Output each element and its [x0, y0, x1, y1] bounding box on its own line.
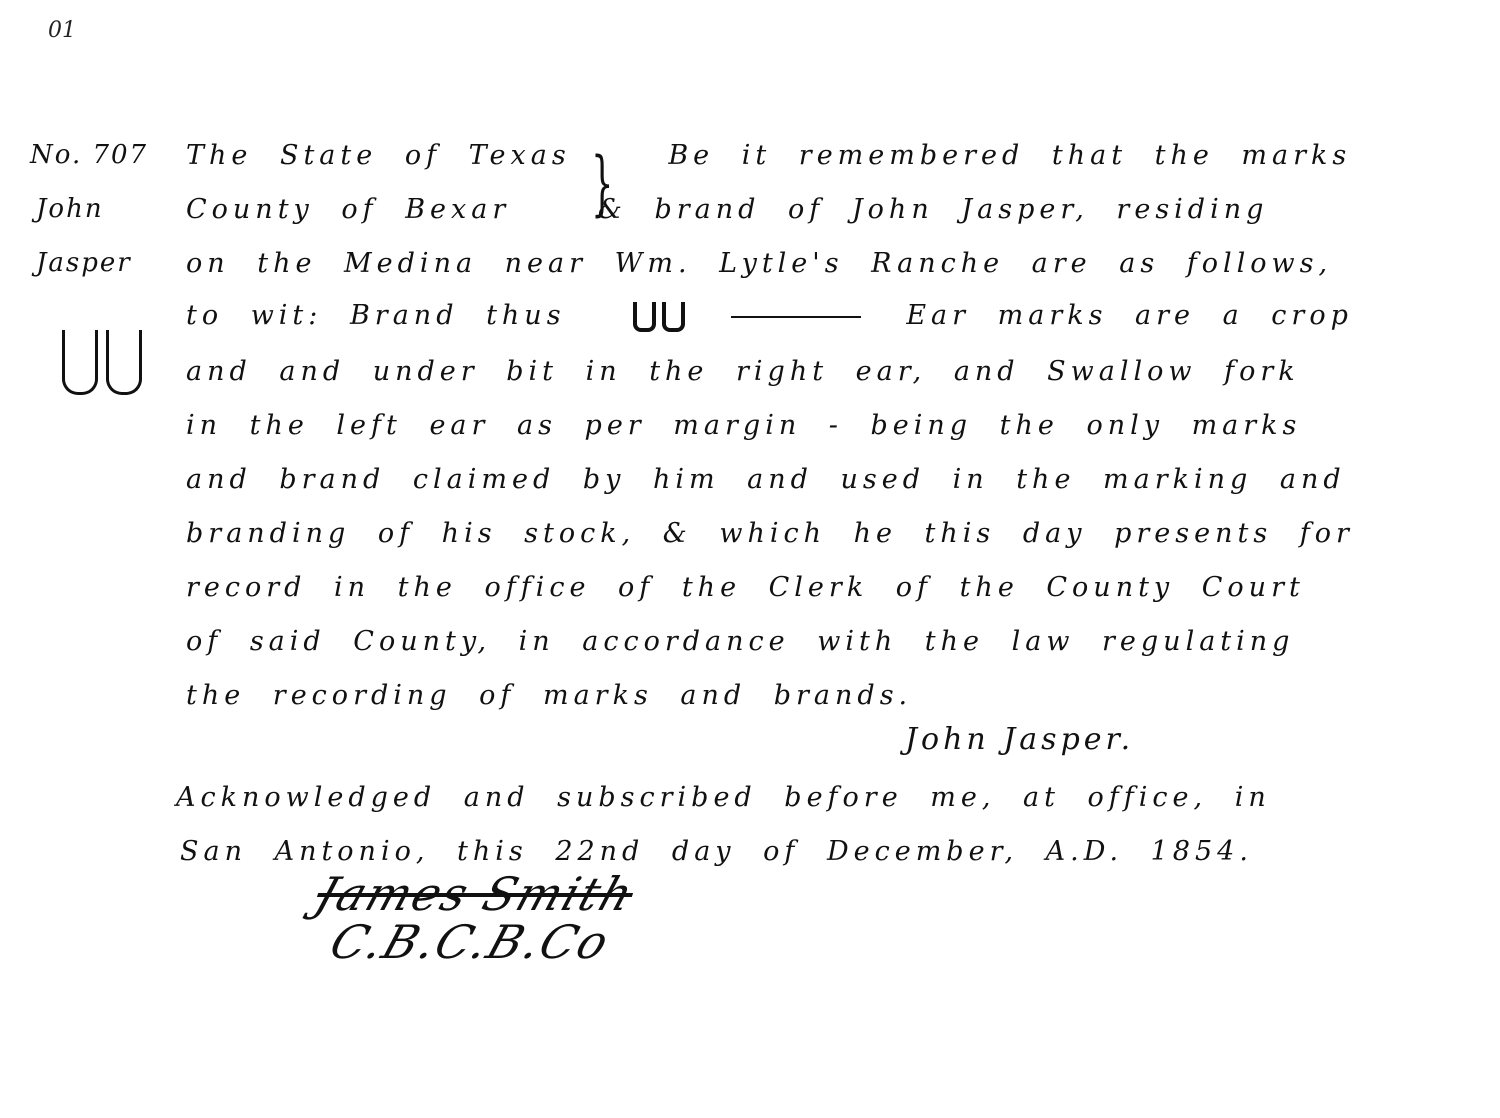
body-line-5: and and under bit in the right ear, and …	[186, 356, 1300, 387]
clerk-title: C.B.C.B.Co	[324, 918, 625, 966]
brand-u-right-icon	[106, 330, 142, 395]
owner-signature: John Jasper.	[905, 722, 1134, 757]
ear-marks-text: Ear marks are a crop	[906, 300, 1353, 331]
margin-brand-uu	[62, 330, 146, 394]
acknowledgment-line-1: Acknowledged and subscribed before me, a…	[176, 782, 1271, 813]
body-line-3: on the Medina near Wm. Lytle's Ranche ar…	[186, 248, 1332, 279]
state-heading: The State of Texas	[186, 140, 571, 171]
clerk-name: James Smith	[310, 870, 641, 918]
dash-rule	[731, 316, 861, 318]
brand-u-icon	[633, 302, 656, 332]
inline-brand-uu	[633, 302, 685, 332]
page-number: 01	[48, 18, 76, 43]
record-number: No. 707	[30, 140, 148, 170]
brand-thus-text: to wit: Brand thus	[186, 300, 566, 331]
body-line-8: branding of his stock, & which he this d…	[186, 518, 1354, 549]
brand-u-left-icon	[62, 330, 98, 395]
margin-name-first: John	[36, 194, 104, 224]
heading-county: County of Bexar & brand of John Jasper, …	[186, 194, 1268, 225]
brand-u-icon	[662, 302, 685, 332]
body-line-9: record in the office of the Clerk of the…	[186, 572, 1305, 603]
county-heading: County of Bexar	[186, 194, 510, 225]
body-line-1: Be it remembered that the marks	[668, 140, 1351, 171]
body-line-11: the recording of marks and brands.	[186, 680, 912, 711]
body-line-2: & brand of John Jasper, residing	[598, 194, 1269, 225]
clerk-signature: James Smith C.B.C.B.Co	[294, 870, 640, 967]
heading-state: The State of Texas Be it remembered that…	[186, 140, 1351, 171]
body-line-7: and brand claimed by him and used in the…	[186, 464, 1346, 495]
margin-name-last: Jasper	[36, 248, 132, 278]
body-line-4: to wit: Brand thus Ear marks are a crop	[186, 300, 1353, 332]
body-line-6: in the left ear as per margin - being th…	[186, 410, 1301, 441]
body-line-10: of said County, in accordance with the l…	[186, 626, 1294, 657]
acknowledgment-line-2: San Antonio, this 22nd day of December, …	[180, 836, 1253, 867]
